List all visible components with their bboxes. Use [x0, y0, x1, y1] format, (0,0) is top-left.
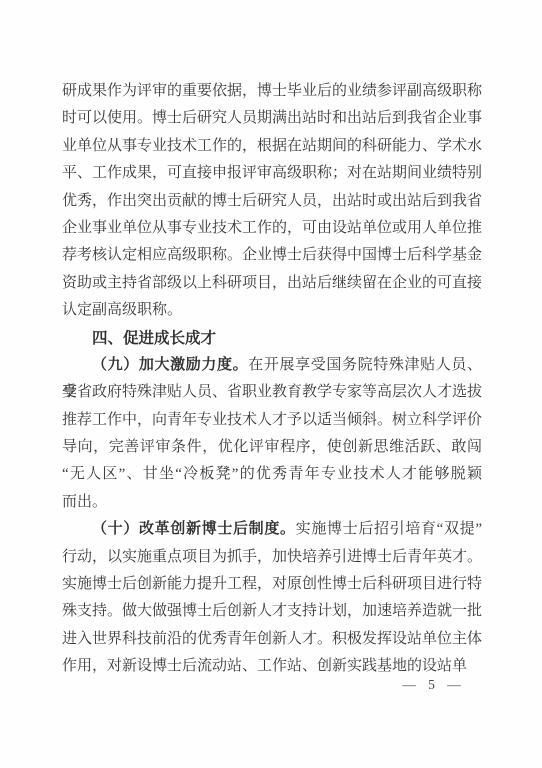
body-line: 认定副高级职称。: [62, 297, 482, 324]
body-line: 业单位从事专业技术工作的，根据在站期间的科研能力、学术水: [62, 133, 482, 160]
section-heading: 四、促进成长成才: [62, 325, 482, 352]
body-line: （十）改革创新博士后制度。实施博士后招引培育“双提”: [62, 516, 482, 543]
document-body: 研成果作为评审的重要依据，博士毕业后的业绩参评副高级职称 时可以使用。博士后研究…: [62, 78, 482, 681]
paragraph-lead: （十）改革创新博士后制度。: [92, 521, 296, 537]
body-line: 平、工作成果，可直接申报评审高级职称；对在站期间业绩特别: [62, 160, 482, 187]
paragraph-lead: （九）加大激励力度。: [92, 357, 248, 373]
body-line: 行动，以实施重点项目为抓手，加快培养引进博士后青年英才。: [62, 544, 482, 571]
body-line: （九）加大激励力度。在开展享受国务院特殊津贴人员、享: [62, 352, 482, 379]
body-line: 导向，完善评审条件，优化评审程序，使创新思维活跃、敢闯: [62, 434, 482, 461]
body-line: 殊支持。做大做强博士后创新人才支持计划，加速培养造就一批: [62, 598, 482, 625]
document-page: 研成果作为评审的重要依据，博士毕业后的业绩参评副高级职称 时可以使用。博士后研究…: [0, 0, 542, 768]
body-line: 实施博士后创新能力提升工程，对原创性博士后科研项目进行特: [62, 571, 482, 598]
body-line: 而出。: [62, 489, 482, 516]
body-line: 优秀，作出突出贡献的博士后研究人员，出站时或出站后到我省: [62, 188, 482, 215]
body-line: “无人区”、甘坐“冷板凳”的优秀青年专业技术人才能够脱颖: [62, 461, 482, 488]
body-line-text: 实施博士后招引培育“双提”: [296, 521, 482, 537]
body-line: 推荐工作中，向青年专业技术人才予以适当倾斜。树立科学评价: [62, 407, 482, 434]
body-line: 研成果作为评审的重要依据，博士毕业后的业绩参评副高级职称: [62, 78, 482, 105]
body-line: 进入世界科技前沿的优秀青年创新人才。积极发挥设站单位主体: [62, 626, 482, 653]
body-line: 荐考核认定相应高级职称。企业博士后获得中国博士后科学基金: [62, 242, 482, 269]
body-line: 企业事业单位从事专业技术工作的，可由设站单位或用人单位推: [62, 215, 482, 242]
body-line: 资助或主持省部级以上科研项目，出站后继续留在企业的可直接: [62, 270, 482, 297]
page-number: — 5 —: [394, 677, 470, 693]
body-line: 受省政府特殊津贴人员、省职业教育教学专家等高层次人才选拔: [62, 379, 482, 406]
body-line: 时可以使用。博士后研究人员期满出站时和出站后到我省企业事: [62, 105, 482, 132]
